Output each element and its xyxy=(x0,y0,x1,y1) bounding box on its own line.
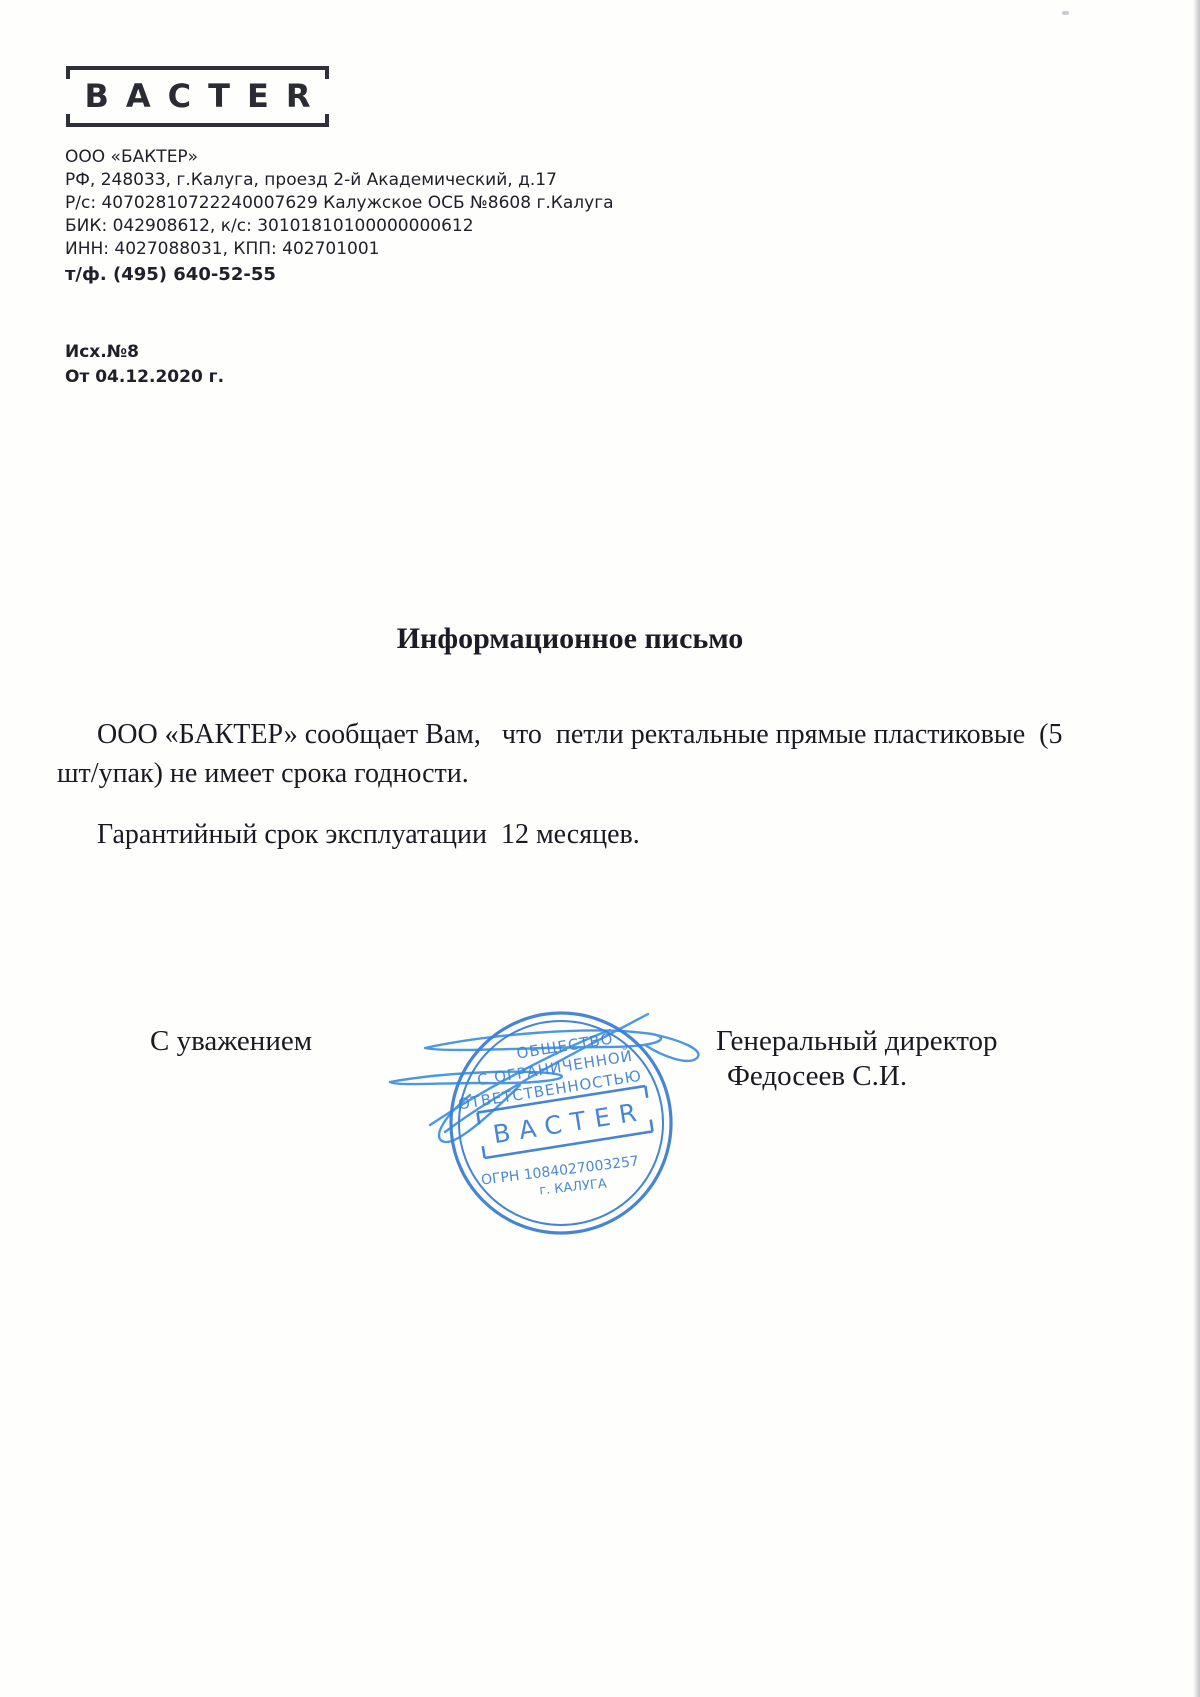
logo-frame-corner xyxy=(325,114,329,127)
ref-number: Исх.№8 xyxy=(65,340,224,365)
company-account: Р/с: 40702810722240007629 Калужское ОСБ … xyxy=(65,192,614,215)
logo-frame-top xyxy=(66,66,329,70)
company-requisites: ООО «БАКТЕР» РФ, 248033, г.Калуга, проез… xyxy=(65,146,614,286)
scan-speck xyxy=(1062,11,1069,15)
company-phone: т/ф. (495) 640-52-55 xyxy=(65,263,614,286)
scan-edge-shadow xyxy=(1193,0,1200,1697)
paragraph-1: ООО «БАКТЕР» сообщает Вам, что петли рек… xyxy=(57,715,1142,793)
letter-title: Информационное письмо xyxy=(0,622,1140,656)
stamp-footer-text: ОГРН 1084027003257 г. КАЛУГА xyxy=(480,1153,640,1198)
paragraph-2: Гарантийный срок эксплуатации 12 месяцев… xyxy=(57,815,1142,854)
company-name: ООО «БАКТЕР» xyxy=(65,146,614,169)
logo-frame-corner xyxy=(66,114,70,127)
company-logo: BACTER xyxy=(66,66,329,127)
paragraph-2-line-1: Гарантийный срок эксплуатации 12 месяцев… xyxy=(57,815,1142,854)
director-name: Федосеев С.И. xyxy=(727,1060,907,1093)
ref-block: Исх.№8 От 04.12.2020 г. xyxy=(65,340,224,390)
ref-date: От 04.12.2020 г. xyxy=(65,365,224,390)
paragraph-1-line-2: шт/упак) не имеет срока годности. xyxy=(57,754,1142,793)
logo-text: BACTER xyxy=(66,77,329,115)
director-position: Генеральный директор xyxy=(716,1025,998,1058)
letter-page: BACTER ООО «БАКТЕР» РФ, 248033, г.Калуга… xyxy=(0,0,1200,1697)
paragraph-1-line-1: ООО «БАКТЕР» сообщает Вам, что петли рек… xyxy=(57,715,1142,754)
logo-frame-bottom xyxy=(66,123,329,127)
stamp-and-signature: ОБЩЕСТВО С ОГРАНИЧЕННОЙ ОТВЕТСТВЕННОСТЬЮ… xyxy=(260,985,740,1250)
company-bik: БИК: 042908612, к/с: 3010181010000000061… xyxy=(65,215,614,238)
stamp-svg: ОБЩЕСТВО С ОГРАНИЧЕННОЙ ОТВЕТСТВЕННОСТЬЮ… xyxy=(260,985,740,1250)
company-inn: ИНН: 4027088031, КПП: 402701001 xyxy=(65,238,614,261)
company-address: РФ, 248033, г.Калуга, проезд 2-й Академи… xyxy=(65,169,614,192)
